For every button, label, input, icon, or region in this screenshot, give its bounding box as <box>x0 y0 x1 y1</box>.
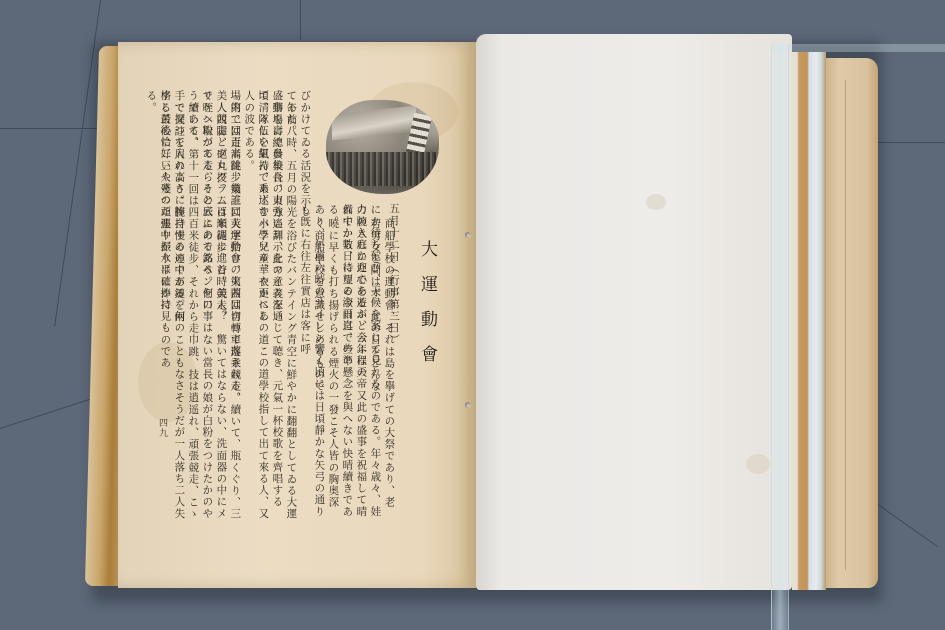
crowd <box>326 152 439 186</box>
article-title: 大運動會 <box>415 240 440 380</box>
acrylic-holder-top <box>771 44 945 52</box>
paper-stain <box>746 454 770 474</box>
page-stack-edge <box>792 52 826 590</box>
body-column: あり、午前六時のサイレン響く頃には日頃靜かな矢弓の通りも旣に右往左往實店は客に呼 <box>298 204 326 518</box>
right-page <box>476 34 792 590</box>
paper-stain <box>646 194 666 210</box>
sports-day-illustration <box>326 100 439 194</box>
photo-scene: 大運動會 五月十二日（行事第三日） 商船學校の運動會、それは島を擧げての大祭であ… <box>0 0 945 630</box>
tent-canopy <box>332 106 416 141</box>
page-number: 四九 <box>156 418 169 438</box>
body-column: する苦心恰好いやその頑張り振りは確かに見ものである。 <box>144 90 172 390</box>
mat-grid-line <box>300 0 301 40</box>
back-cover <box>822 58 878 588</box>
mat-grid-line <box>0 399 91 429</box>
body-column: て清々しい氣持、あずすパラソル華やかにあの道この道學校指して出て來る人、又人の波… <box>242 90 270 520</box>
binding-hole <box>465 402 471 408</box>
cover-crease <box>845 80 846 570</box>
binding-hole <box>465 232 471 238</box>
acrylic-page-holder <box>771 44 789 630</box>
